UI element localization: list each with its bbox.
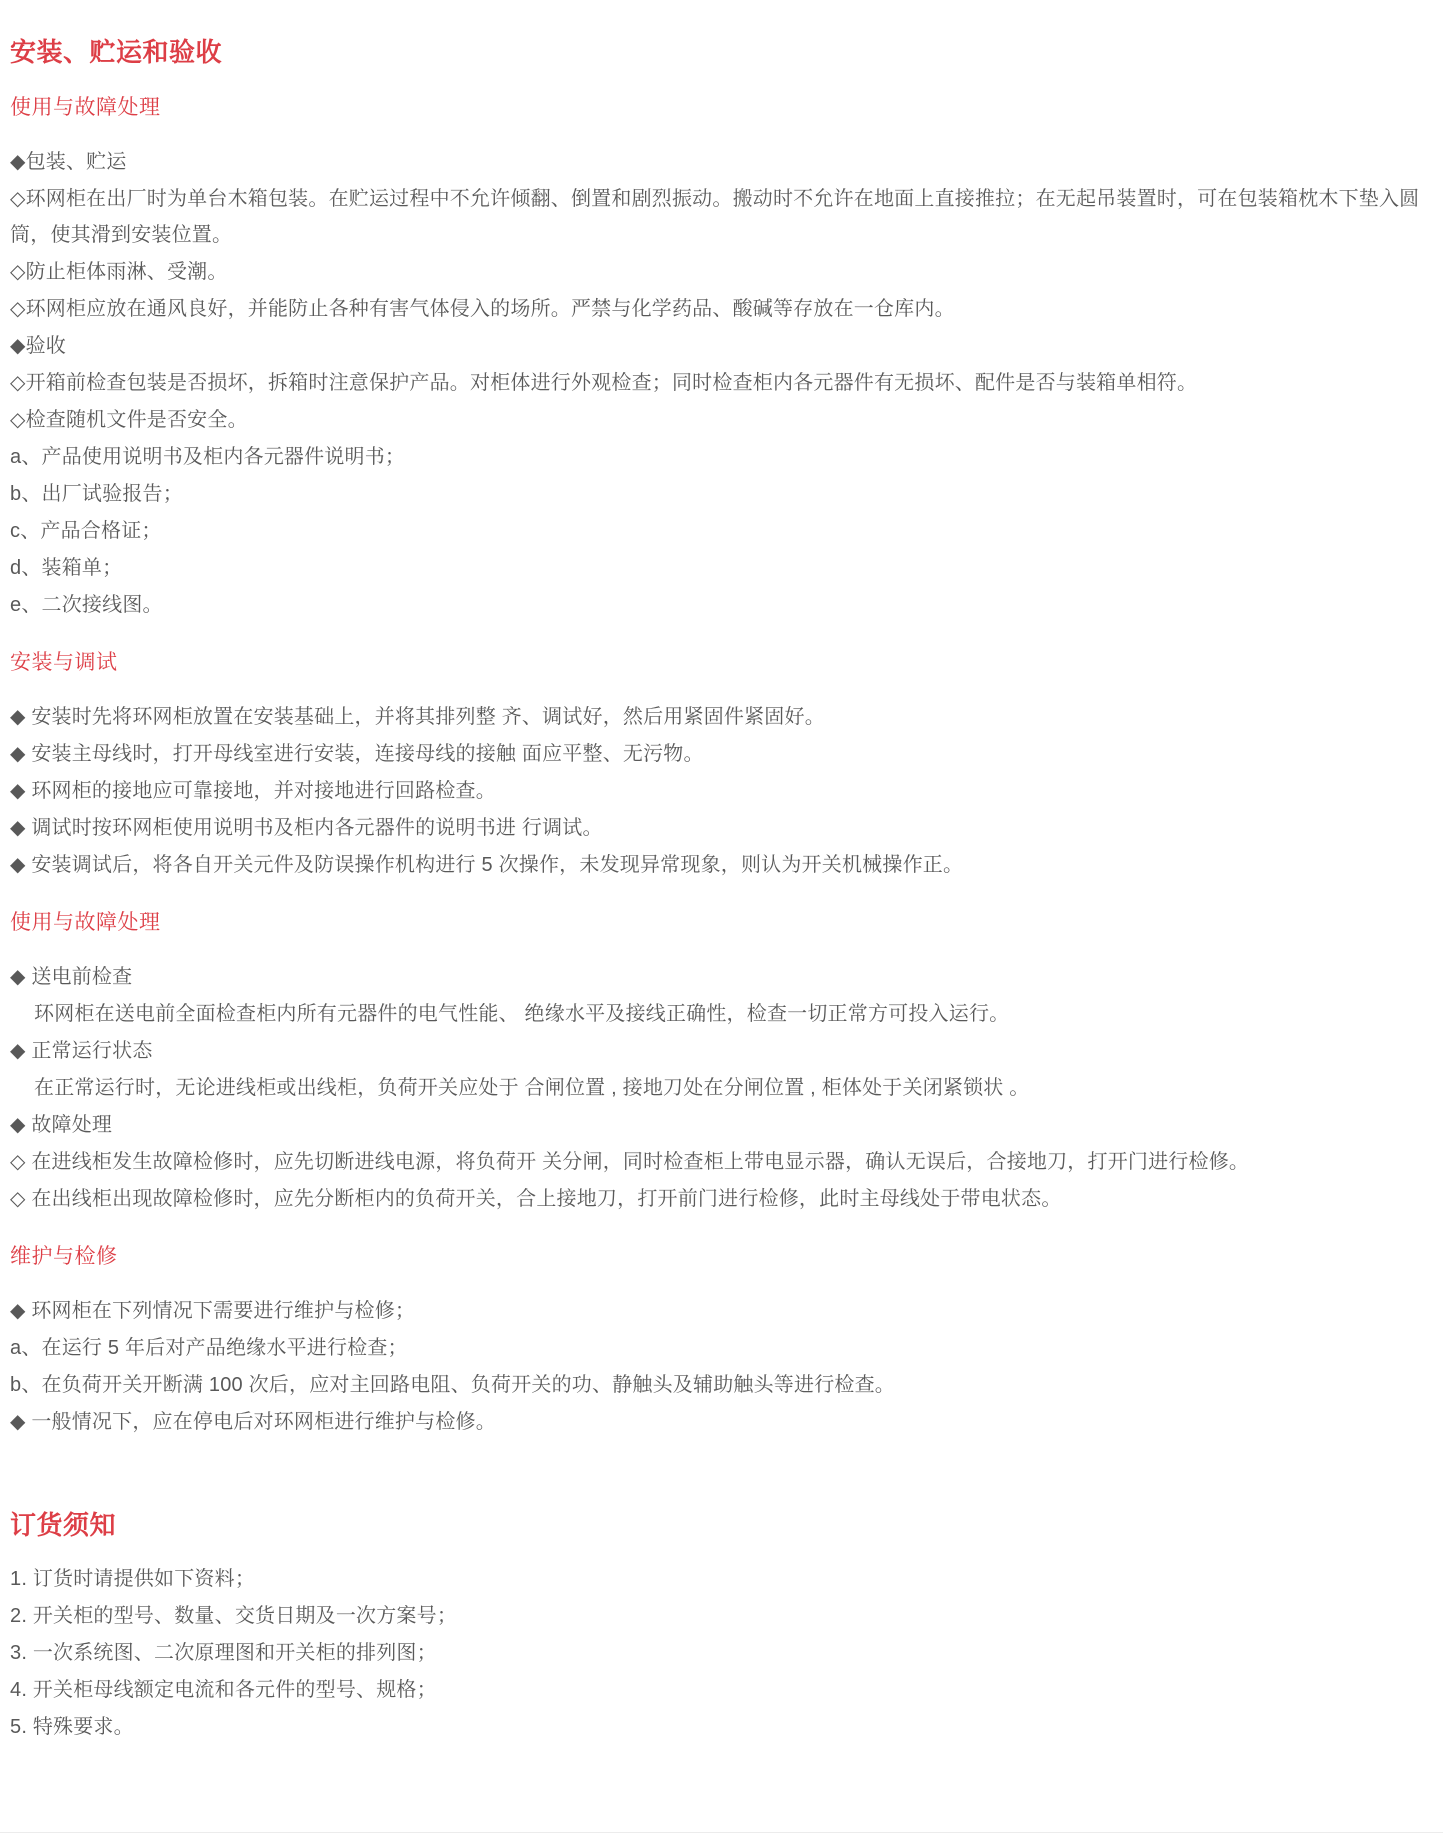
order-item-3: 3. 一次系统图、二次原理图和开关柜的排列图； [10,1635,1433,1671]
paragraph: ◇环网柜在出厂时为单台木箱包装。在贮运过程中不允许倾翻、倒置和剧烈振动。搬动时不… [10,181,1433,253]
page-title-order: 订货须知 [10,1509,1433,1541]
list-item-b: b、出厂试验报告； [10,476,1433,512]
paragraph: ◇开箱前检查包装是否损坏，拆箱时注意保护产品。对柜体进行外观检查；同时检查柜内各… [10,365,1433,401]
section-title-maintenance: 维护与检修 [10,1244,1433,1270]
section-title-install-debug: 安装与调试 [10,650,1433,676]
section-title-usage-fault-2: 使用与故障处理 [10,910,1433,936]
paragraph: 在正常运行时，无论进线柜或出线柜，负荷开关应处于 合闸位置 , 接地刀处在分闸位… [10,1070,1433,1106]
document-page: 安装、贮运和验收 使用与故障处理 ◆包装、贮运 ◇环网柜在出厂时为单台木箱包装。… [0,0,1443,1833]
order-item-1: 1. 订货时请提供如下资料； [10,1561,1433,1597]
order-item-2: 2. 开关柜的型号、数量、交货日期及一次方案号； [10,1598,1433,1634]
list-item-a: a、在运行 5 年后对产品绝缘水平进行检查； [10,1330,1433,1366]
paragraph: ◆ 安装调试后，将各自开关元件及防误操作机构进行 5 次操作，未发现异常现象，则… [10,847,1433,883]
paragraph: ◆ 环网柜的接地应可靠接地，并对接地进行回路检查。 [10,773,1433,809]
paragraph: ◆ 送电前检查 [10,959,1433,995]
list-item-d: d、装箱单； [10,550,1433,586]
paragraph: ◆包装、贮运 [10,144,1433,180]
paragraph: ◇环网柜应放在通风良好，并能防止各种有害气体侵入的场所。严禁与化学药品、酸碱等存… [10,291,1433,327]
page-title-install: 安装、贮运和验收 [10,36,1433,68]
paragraph: ◆验收 [10,328,1433,364]
paragraph: ◆ 故障处理 [10,1107,1433,1143]
list-item-c: c、产品合格证； [10,513,1433,549]
paragraph: ◇ 在出线柜出现故障检修时，应先分断柜内的负荷开关，合上接地刀，打开前门进行检修… [10,1181,1433,1217]
paragraph: ◇检查随机文件是否安全。 [10,402,1433,438]
list-item-e: e、二次接线图。 [10,587,1433,623]
paragraph: ◆ 环网柜在下列情况下需要进行维护与检修； [10,1293,1433,1329]
paragraph: ◇ 在进线柜发生故障检修时，应先切断进线电源，将负荷开 关分闸，同时检查柜上带电… [10,1144,1433,1180]
paragraph: ◆ 一般情况下，应在停电后对环网柜进行维护与检修。 [10,1404,1433,1440]
order-item-5: 5. 特殊要求。 [10,1709,1433,1745]
paragraph: ◇防止柜体雨淋、受潮。 [10,254,1433,290]
list-item-a: a、产品使用说明书及柜内各元器件说明书； [10,439,1433,475]
paragraph: ◆ 调试时按环网柜使用说明书及柜内各元器件的说明书进 行调试。 [10,810,1433,846]
paragraph: ◆ 安装主母线时，打开母线室进行安装，连接母线的接触 面应平整、无污物。 [10,736,1433,772]
list-item-b: b、在负荷开关开断满 100 次后，应对主回路电阻、负荷开关的功、静触头及辅助触… [10,1367,1433,1403]
paragraph: ◆ 正常运行状态 [10,1033,1433,1069]
paragraph: 环网柜在送电前全面检查柜内所有元器件的电气性能、 绝缘水平及接线正确性，检查一切… [10,996,1433,1032]
section-spacer [10,1441,1433,1509]
paragraph: ◆ 安装时先将环网柜放置在安装基础上，并将其排列整 齐、调试好，然后用紧固件紧固… [10,699,1433,735]
order-item-4: 4. 开关柜母线额定电流和各元件的型号、规格； [10,1672,1433,1708]
section-title-usage-fault-1: 使用与故障处理 [10,95,1433,121]
